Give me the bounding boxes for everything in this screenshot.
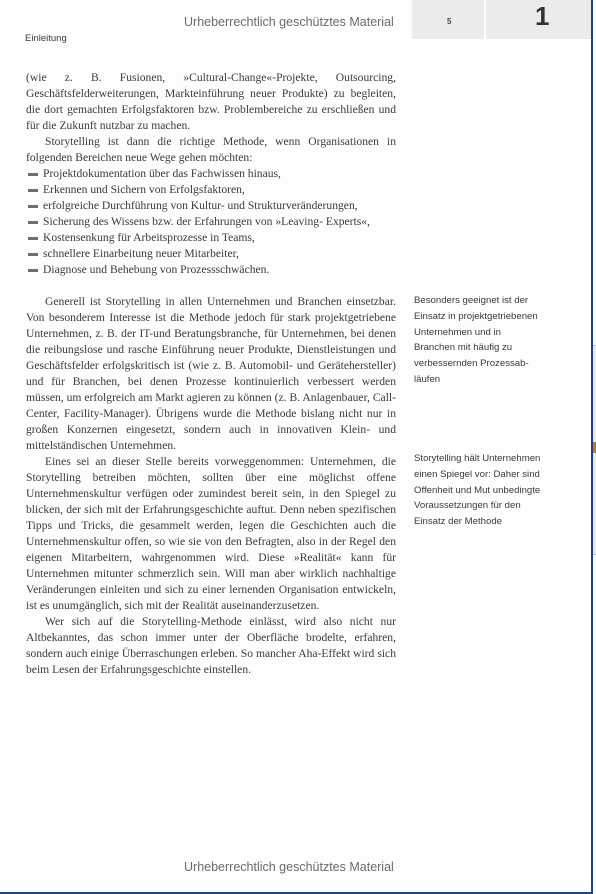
margin-note-mirror: Storytelling hält Unterneh­men einen Spi… — [414, 451, 544, 530]
copyright-watermark-top: Urheberrechtlich geschütztes Material — [184, 15, 394, 29]
main-text-column: (wie z. B. Fusionen, »Cultural-Change«-P… — [26, 70, 396, 678]
paragraph-intro: (wie z. B. Fusionen, »Cultural-Change«-P… — [26, 70, 396, 134]
running-head: Einleitung — [25, 33, 67, 44]
dash-bullet-icon — [28, 189, 38, 192]
list-item: Sicherung des Wissens bzw. der Erfahrung… — [26, 214, 396, 230]
page-number: 5 — [447, 17, 451, 26]
list-item: Diagnose und Behebung von Prozessschwäch… — [26, 262, 396, 278]
dash-bullet-icon — [28, 205, 38, 208]
dash-bullet-icon — [28, 269, 38, 272]
list-item: Erkennen und Sichern von Erfolgsfaktoren… — [26, 182, 396, 198]
copyright-watermark-bottom: Urheberrechtlich geschütztes Material — [184, 860, 394, 874]
paragraph-wer: Wer sich auf die Storytelling-Methode ei… — [26, 614, 396, 678]
list-item: Kostensenkung für Arbeitsprozesse in Tea… — [26, 230, 396, 246]
page-number-box: 5 — [412, 0, 484, 39]
list-item: schnellere Einarbeitung neuer Mitarbeite… — [26, 246, 396, 262]
paragraph-list-intro: Storytelling ist dann die richtige Metho… — [26, 134, 396, 166]
list-item: Projektdokumentation über das Fachwissen… — [26, 166, 396, 182]
chapter-number-box: 1 — [486, 0, 591, 39]
paragraph-eines: Eines sei an dieser Stelle bereits vorwe… — [26, 454, 396, 614]
dash-bullet-icon — [28, 237, 38, 240]
dash-bullet-icon — [28, 221, 38, 224]
margin-note-suitability: Besonders geeignet ist der Einsatz in pr… — [414, 293, 544, 388]
dash-bullet-icon — [28, 173, 38, 176]
list-item: erfolgreiche Durchführung von Kultur- un… — [26, 198, 396, 214]
chapter-number: 1 — [535, 1, 549, 32]
bullet-list: Projektdokumentation über das Fachwissen… — [26, 166, 396, 278]
paragraph-generell: Generell ist Storytelling in allen Unter… — [26, 294, 396, 454]
dash-bullet-icon — [28, 253, 38, 256]
